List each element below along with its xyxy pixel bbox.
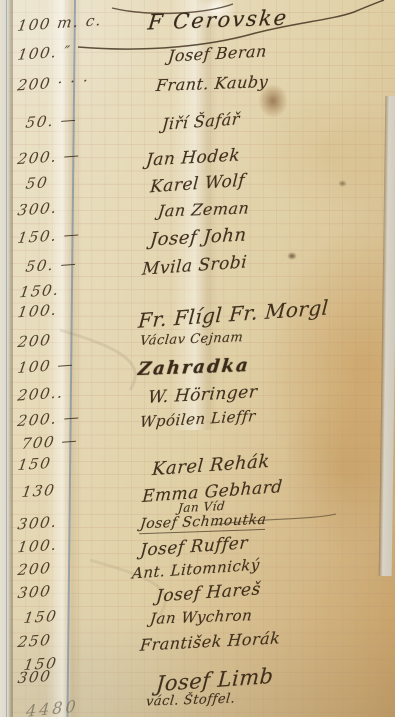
amount-value: 200.. (16, 383, 65, 404)
amount-value: 200 · · · (16, 72, 90, 95)
amount-value: 100. (16, 301, 58, 322)
signature-name: Jan Wychron (149, 606, 253, 628)
signature-name: Josef Schmoutka (139, 512, 267, 534)
signature-name: Karel Rehák (151, 451, 270, 480)
amount-value: 150. (18, 281, 60, 302)
signature-name: František Horák (139, 628, 281, 654)
signature-name-secondary: václ. Štoffel. (145, 691, 236, 709)
signature-name: Fr. Flígl Fr. Morgl (137, 295, 329, 332)
amount-value: 150 (23, 607, 59, 627)
amount-value: 50. — (24, 254, 78, 276)
amount-value: 250 (17, 631, 53, 651)
amount-value: 200 (17, 331, 53, 351)
signature-name: Karel Wolf (149, 171, 245, 198)
amount-value: 300 (17, 667, 53, 687)
signature-name: W. Höringer (147, 382, 258, 408)
amount-value: 130 (21, 481, 57, 501)
amount-value: 100 — (16, 355, 75, 377)
amount-value: 150 (17, 454, 53, 474)
signature-name: Josef Hareš (155, 579, 261, 606)
amount-value: 300. (16, 513, 58, 534)
amount-value: 200 (17, 559, 53, 579)
amount-value: 150. — (16, 225, 82, 247)
ledger-rows: 100. ″Josef Beran200 · · ·Frant. Kauby50… (0, 0, 395, 717)
signature-name: Zahradka (137, 355, 251, 380)
signature-name: Jan Zeman (157, 198, 250, 220)
amount-value: 200. — (16, 408, 82, 430)
amount-value: 700 — (20, 431, 79, 453)
amount-value: 300. (16, 199, 58, 220)
signature-name: Wpóilen Lieffr (139, 407, 256, 431)
amount-value: 200. — (16, 146, 82, 168)
amount-value: 300 (17, 582, 53, 602)
signature-name: Jiří Šafář (161, 109, 240, 134)
amount-value: 100. ″ (16, 42, 72, 64)
amount-value: 100. (16, 536, 58, 557)
signature-name: Josef Beran (167, 41, 267, 65)
signature-name: Jan Hodek (145, 145, 241, 170)
signature-name: Frant. Kauby (155, 72, 269, 95)
signature-name: Josef John (149, 224, 247, 250)
signature-name: Mvila Srobi (141, 252, 247, 279)
amount-value: 50 (25, 173, 50, 192)
photographed-ledger-page: 100 m. c. F Cerovske 100. ″Josef Beran20… (0, 0, 395, 717)
signature-name: Václav Cejnam (139, 330, 244, 349)
amount-value: 50. — (24, 110, 78, 132)
